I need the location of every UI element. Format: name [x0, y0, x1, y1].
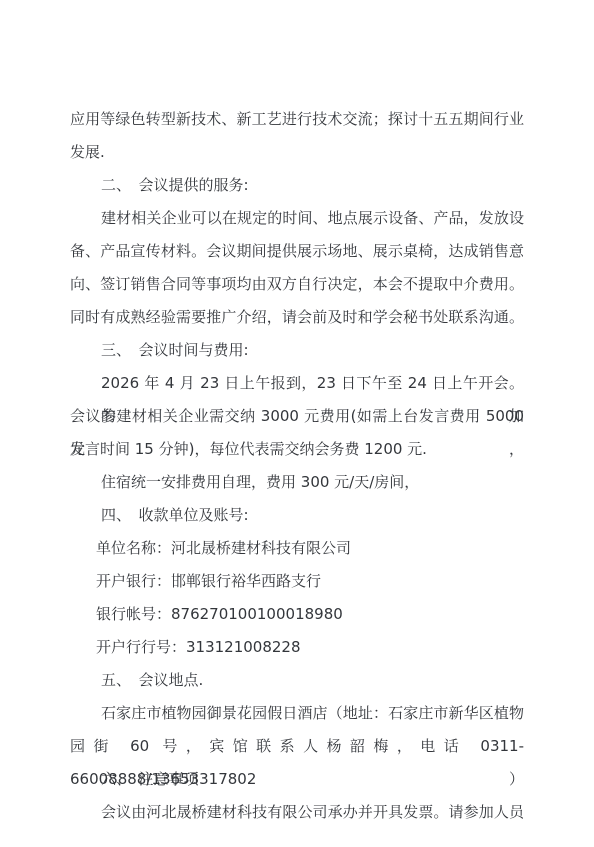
text-line: 园街 60 号，宾馆联系人杨韶梅，电话 0311-66008888/136533…: [70, 730, 524, 763]
text-line: 应用等绿色转型新技术、新工艺进行技术交流；探讨十五五期间行业: [70, 103, 524, 136]
section-heading: 三、 会议时间与费用:: [70, 334, 524, 367]
paragraph-first-line: 石家庄市植物园御景花园假日酒店（地址：石家庄市新华区植物: [70, 697, 524, 730]
bank-field-line: 银行帐号：876270100100018980: [70, 598, 524, 631]
text-line: 同时有成熟经验需要推广介绍，请会前及时和学会秘书处联系沟通。: [70, 301, 524, 334]
paragraph-first-line: 会议由河北晟桥建材科技有限公司承办并开具发票。请参加人员: [70, 796, 524, 829]
bank-field-line: 开户银行：邯郸银行裕华西路支行: [70, 565, 524, 598]
text-line: 备、产品宣传材料。会议期间提供展示场地、展示桌椅，达成销售意: [70, 235, 524, 268]
paragraph-first-line: 2026 年 4 月 23 日上午报到，23 日下午至 24 日上午开会。参加: [70, 367, 524, 400]
text-line: 向、签订销售合同等事项均由双方自行决定，本会不提取中介费用。: [70, 268, 524, 301]
document-page: 应用等绿色转型新技术、新工艺进行技术交流；探讨十五五期间行业发展.二、 会议提供…: [0, 0, 594, 847]
bank-field-line: 开户行行号：313121008228: [70, 631, 524, 664]
document-body: 应用等绿色转型新技术、新工艺进行技术交流；探讨十五五期间行业发展.二、 会议提供…: [70, 103, 524, 829]
text-line: 发展.: [70, 136, 524, 169]
paragraph-first-line: 建材相关企业可以在规定的时间、地点展示设备、产品，发放设: [70, 202, 524, 235]
bank-field-line: 单位名称：河北晟桥建材科技有限公司: [70, 532, 524, 565]
paragraph-first-line: 住宿统一安排费用自理，费用 300 元/天/房间，: [70, 466, 524, 499]
section-heading: 五、 会议地点.: [70, 664, 524, 697]
section-heading: 四、 收款单位及账号:: [70, 499, 524, 532]
section-heading: 二、 会议提供的服务:: [70, 169, 524, 202]
text-line: 会议的建材相关企业需交纳 3000 元费用(如需上台发言费用 5000 元，: [70, 400, 524, 433]
